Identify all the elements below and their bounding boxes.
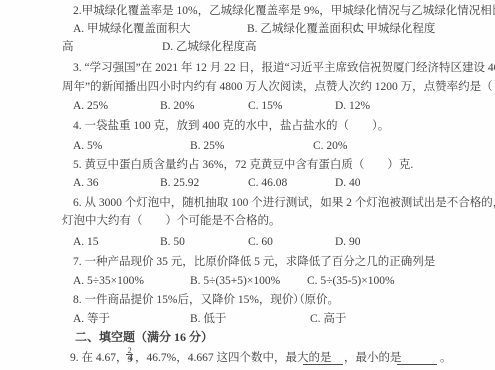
q6-text-1: 6. 从 3000 个灯泡中，随机抽取 100 个进行测试，如果 2 个灯泡被测…: [73, 197, 495, 210]
q5-option-c: C. 46.08: [248, 177, 287, 190]
question-6-text-line-1: 6. 从 3000 个灯泡中，随机抽取 100 个进行测试，如果 2 个灯泡被测…: [0, 197, 495, 214]
q3-option-d: D. 12%: [335, 100, 370, 113]
q9-text-middle: ，46.7%，4.667 这四个数中，最大的是: [135, 352, 331, 365]
question-5-text: 5. 黄豆中蛋白质含量约占 36%，72 克黄豆中含有蛋白质（ ）克.: [0, 159, 495, 176]
q9-fraction-2-3-numerator: 2: [128, 346, 132, 354]
question-4-text: 4. 一袋盐重 100 克，放到 400 克的水中，盐占盐水的（ ）。: [0, 120, 495, 137]
q6-option-c: C. 60: [248, 236, 273, 249]
question-7-options: A. 5÷35×100%B. 5÷(35+5)×100%C. 5÷(35-5)×…: [0, 275, 495, 292]
q6-option-b: B. 50: [160, 236, 185, 249]
q3-option-c: C. 15%: [248, 100, 283, 113]
section-2-heading: 二、填空题（满分 16 分）: [0, 331, 495, 348]
question-8-text: 8. 一件商品提价 15%后，又降价 15%，现价（）原价。: [0, 294, 495, 311]
q5-option-b: B. 25.92: [160, 177, 199, 190]
question-3-text-line-2: 周年”的新闻播出四小时内约有 4800 万人次阅读，点赞人次约 1200 万，点…: [0, 81, 495, 98]
q8-option-c: C. 高于: [310, 313, 346, 326]
q4-option-c: C. 20%: [313, 140, 348, 153]
question-7-text: 7. 一种产品现价 35 元，比原价降低 5 元，求降低了百分之几的正确列是: [0, 256, 495, 273]
q7-text: 7. 一种产品现价 35 元，比原价降低 5 元，求降低了百分之几的正确列是: [73, 256, 435, 269]
q5-text: 5. 黄豆中蛋白质含量约占 36%，72 克黄豆中含有蛋白质（ ）克.: [73, 159, 413, 172]
q9-text-start: 9. 在 4.67，4: [70, 352, 133, 365]
question-4-options: A. 5%B. 25%C. 20%: [0, 140, 495, 157]
q2-option-c: C. 甲城绿化程度: [353, 23, 435, 36]
section-2-heading-text: 二、填空题（满分 16 分）: [75, 331, 213, 344]
question-2-options-row-2: 高D. 乙城绿化程度高: [0, 41, 495, 58]
question-2-options-row-1: A. 甲城绿化覆盖面积大B. 乙城绿化覆盖面积大C. 甲城绿化程度: [0, 23, 495, 40]
q5-option-d: D. 40: [335, 177, 361, 190]
question-5-options: A. 36B. 25.92C. 46.08D. 40: [0, 177, 495, 194]
q8-option-b: B. 低于: [190, 313, 226, 326]
q4-option-b: B. 25%: [190, 140, 225, 153]
q8-text-after-blank: ）原价。: [293, 294, 339, 307]
q9-text-min: ，最小的是: [344, 352, 402, 365]
q9-blank-max: [303, 353, 343, 365]
q3-option-b: B. 20%: [160, 100, 195, 113]
q4-option-a: A. 5%: [73, 140, 102, 153]
q8-option-a: A. 等于: [73, 313, 110, 326]
question-9-text: 9. 在 4.67，423，46.7%，4.667 这四个数中，最大的是，最小的…: [0, 352, 495, 369]
q7-option-b: B. 5÷(35+5)×100%: [190, 275, 280, 288]
q9-fraction-2-3: 23: [126, 346, 133, 363]
question-6-options: A. 15B. 50C. 60D. 90: [0, 236, 495, 253]
q7-option-c: C. 5÷(35-5)×100%: [307, 275, 395, 288]
q6-text-2: 灯泡中大约有（ ）个可能是不合格的。: [62, 215, 281, 228]
q4-text: 4. 一袋盐重 100 克，放到 400 克的水中，盐占盐水的（ ）。: [73, 120, 389, 133]
q5-option-a: A. 36: [73, 177, 99, 190]
q2-text: 2.甲城绿化覆盖率是 10%，乙城绿化覆盖率是 9%，甲城绿化情况与乙城绿化情况…: [73, 5, 495, 18]
q2-option-d: D. 乙城绿化程度高: [162, 41, 257, 54]
question-6-text-line-2: 灯泡中大约有（ ）个可能是不合格的。: [0, 215, 495, 232]
question-3-text-line-1: 3. “学习强国”在 2021 年 12 月 22 日，报道“习近平主席致信祝贺…: [0, 62, 495, 79]
q6-option-d: D. 90: [335, 236, 361, 249]
q2-option-c-wrap: 高: [62, 41, 74, 54]
question-3-options: A. 25%B. 20%C. 15%D. 12%: [0, 100, 495, 117]
q7-option-a: A. 5÷35×100%: [73, 275, 144, 288]
question-2-text: 2.甲城绿化覆盖率是 10%，乙城绿化覆盖率是 9%，甲城绿化情况与乙城绿化情况…: [0, 5, 495, 22]
q9-fraction-2-3-denominator: 3: [126, 354, 133, 363]
q9-text-end: 。: [440, 352, 452, 365]
q8-text-before-blank: 8. 一件商品提价 15%后，又降价 15%，现价（: [73, 294, 305, 307]
q2-option-a: A. 甲城绿化覆盖面积大: [73, 23, 191, 36]
q2-option-b: B. 乙城绿化覆盖面积大: [247, 23, 364, 36]
q3-text-2: 周年”的新闻播出四小时内约有 4800 万人次阅读，点赞人次约 1200 万，点…: [62, 81, 495, 94]
q3-option-a: A. 25%: [73, 100, 108, 113]
q9-blank-min: [397, 353, 437, 365]
q6-option-a: A. 15: [73, 236, 99, 249]
q3-text-1: 3. “学习强国”在 2021 年 12 月 22 日，报道“习近平主席致信祝贺…: [73, 62, 495, 75]
question-8-options: A. 等于B. 低于C. 高于: [0, 313, 495, 330]
document-page: 2.甲城绿化覆盖率是 10%，乙城绿化覆盖率是 9%，甲城绿化情况与乙城绿化情况…: [0, 0, 495, 370]
